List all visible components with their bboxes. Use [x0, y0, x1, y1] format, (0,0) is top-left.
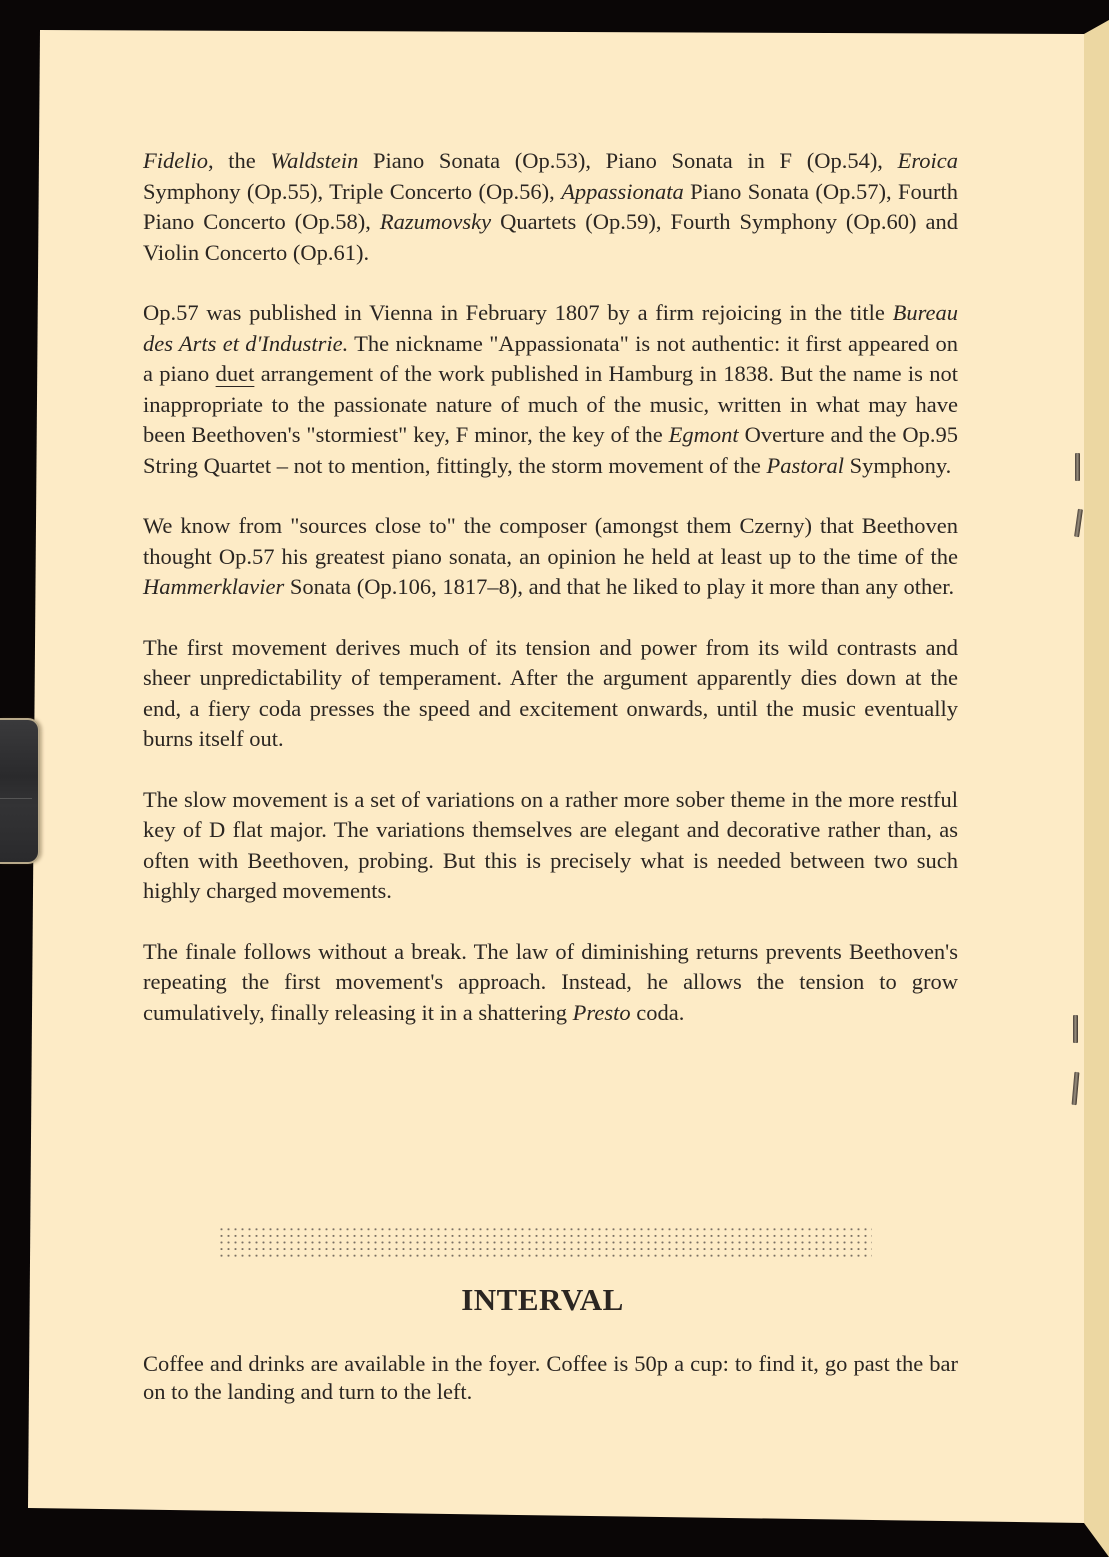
binder-clip	[0, 718, 40, 864]
text-run: Symphony.	[844, 453, 951, 478]
text-run: Piano Sonata (Op.53), Piano Sonata in F …	[358, 148, 897, 173]
italic-title: Fidelio	[143, 148, 208, 173]
programme-notes: Fidelio, the Waldstein Piano Sonata (Op.…	[143, 146, 958, 1058]
paragraph-first-movement: The first movement derives much of its t…	[143, 633, 958, 755]
text-run: We know from "sources close to" the comp…	[143, 513, 958, 569]
paragraph-slow-movement: The slow movement is a set of variations…	[143, 785, 958, 907]
italic-title: Eroica	[898, 148, 958, 173]
interval-notice: Coffee and drinks are available in the f…	[143, 1350, 958, 1406]
interval-heading: INTERVAL	[0, 1282, 1097, 1318]
underlined-word: duet	[216, 361, 255, 386]
paragraph-czerny: We know from "sources close to" the comp…	[143, 511, 958, 603]
text-run: The first movement derives much of its t…	[143, 635, 958, 752]
text-run: coda.	[631, 1000, 685, 1025]
italic-title: Hammerklavier	[143, 574, 284, 599]
text-run: Sonata (Op.106, 1817–8), and that he lik…	[284, 574, 954, 599]
staple-mark	[1075, 453, 1080, 481]
italic-title: Egmont	[669, 422, 739, 447]
text-run: The finale follows without a break. The …	[143, 939, 958, 1025]
italic-title: Appassionata	[561, 179, 684, 204]
italic-title: Razumovsky	[380, 209, 491, 234]
paragraph-publication: Op.57 was published in Vienna in Februar…	[143, 298, 958, 481]
text-run: Symphony (Op.55), Triple Concerto (Op.56…	[143, 179, 561, 204]
text-run: Op.57 was published in Vienna in Februar…	[143, 300, 893, 325]
paragraph-finale: The finale follows without a break. The …	[143, 937, 958, 1029]
italic-title: Waldstein	[270, 148, 358, 173]
paragraph-works-list: Fidelio, the Waldstein Piano Sonata (Op.…	[143, 146, 958, 268]
italic-title: Pastoral	[766, 453, 844, 478]
scanned-page: Fidelio, the Waldstein Piano Sonata (Op.…	[0, 0, 1109, 1557]
dotted-divider	[218, 1226, 872, 1259]
staple-mark	[1073, 1015, 1078, 1043]
italic-title: Presto	[573, 1000, 631, 1025]
text-run: The slow movement is a set of variations…	[143, 787, 958, 904]
text-run: , the	[208, 148, 270, 173]
